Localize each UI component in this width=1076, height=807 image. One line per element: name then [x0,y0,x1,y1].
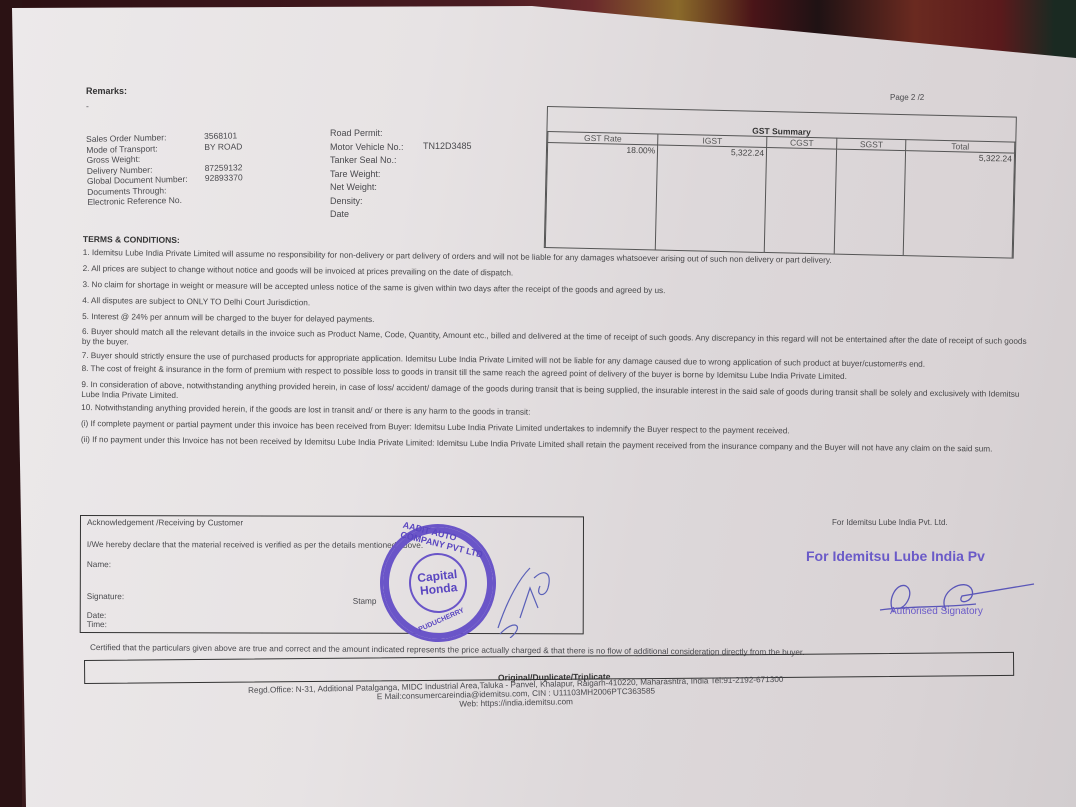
label-tanker-seal: Tanker Seal No.: [330,155,404,169]
term-item: (ii) If no payment under this Invoice ha… [81,435,1031,455]
stamp-center-line2: Honda [411,580,466,599]
label-road-permit: Road Permit: [330,128,404,142]
label-tare-weight: Tare Weight: [330,169,404,183]
value-mode-transport: BY ROAD [204,141,242,152]
value-global-doc: 92893370 [205,172,243,183]
handwritten-signature-icon [490,548,560,638]
ack-signature-label: Signature: [87,592,124,601]
label-global-doc: Global Document Number: [87,174,188,187]
label-date: Date [330,209,404,223]
value-delivery-number: 87259132 [205,162,243,173]
details-right-labels: Road Permit: Motor Vehicle No.: Tanker S… [330,128,404,223]
remarks-label: Remarks: [86,86,127,96]
value-vehicle-no: TN12D3485 [423,141,472,151]
terms-and-conditions: TERMS & CONDITIONS: 1. Idemitsu Lube Ind… [81,234,1033,461]
label-net-weight: Net Weight: [330,182,404,196]
page-indicator: Page 2 /2 [890,93,924,102]
company-stamp-text: For Idemitsu Lube India Pv [806,548,985,564]
details-left-labels: Sales Order Number: Mode of Transport: G… [86,132,188,208]
ack-declaration: I/We hereby declare that the material re… [87,540,423,550]
authorised-signatory: Authorised Signatory [890,606,983,617]
gst-summary-table: GST Summary GST Rate IGST CGST SGST Tota… [544,106,1017,259]
ack-title: Acknowledgement /Receiving by Customer [87,518,243,527]
ack-date-label: Date: [87,611,107,620]
cell-gst-rate: 18.00% [545,143,658,250]
ack-name-label: Name: [87,560,111,569]
label-electronic-ref: Electronic Reference No. [87,195,188,208]
ack-stamp-label: Stamp [353,597,377,606]
value-sales-order: 3568101 [204,130,242,141]
company-for-label: For Idemitsu Lube India Pvt. Ltd. [832,518,948,527]
label-vehicle-no: Motor Vehicle No.: [330,142,404,156]
details-left-values: 3568101 BY ROAD 87259132 92893370 [204,130,243,183]
remarks-value: - [86,101,89,111]
cell-igst: 5,322.24 [656,145,767,252]
label-density: Density: [330,196,404,210]
cell-total: 5,322.24 [903,151,1014,258]
cell-sgst [835,149,906,255]
stamp-center: Capital Honda [406,550,470,616]
value-gross-weight [204,151,242,162]
ack-time-label: Time: [87,620,107,629]
cell-cgst [764,147,837,253]
